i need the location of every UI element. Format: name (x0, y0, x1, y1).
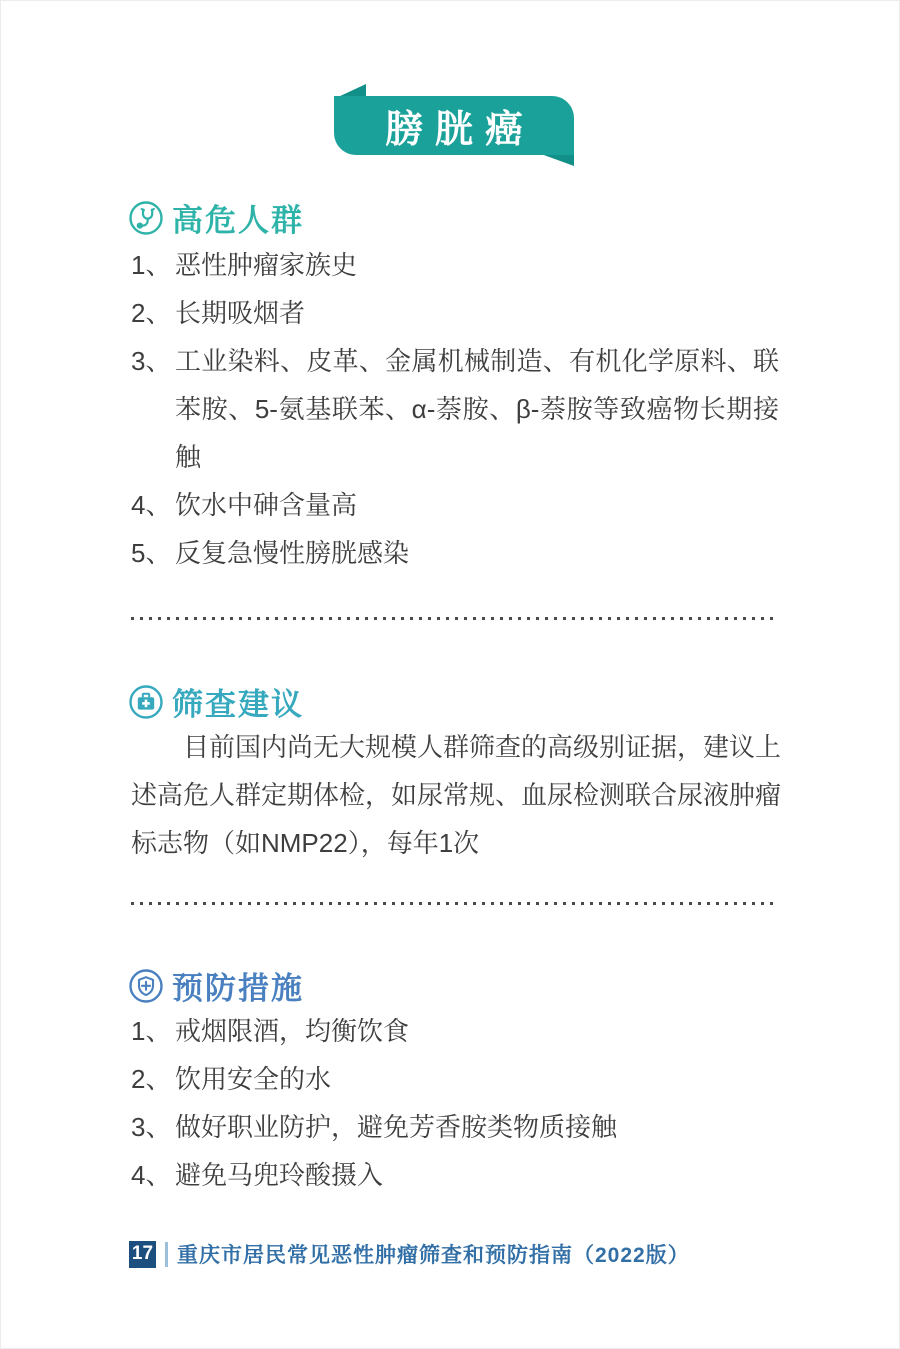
item-number: 3、 (131, 1103, 175, 1151)
item-text: 饮用安全的水 (175, 1055, 779, 1103)
dotted-divider (131, 617, 777, 620)
document-page: 膀胱癌 高危人群 1、 恶性肿瘤家族史 2、 长期吸烟者 3、 工业染料、皮革、… (0, 0, 900, 1349)
list-item: 5、 反复急慢性膀胱感染 (131, 529, 779, 577)
item-number: 2、 (131, 1055, 175, 1103)
medkit-icon (128, 684, 164, 720)
item-text: 反复急慢性膀胱感染 (175, 529, 779, 577)
item-text: 工业染料、皮革、金属机械制造、有机化学原料、联苯胺、5-氨基联苯、α-萘胺、β-… (175, 337, 779, 481)
ribbon-fold-bottom-right (541, 154, 574, 166)
stethoscope-icon (128, 200, 164, 236)
footer-title: 重庆市居民常见恶性肿瘤筛查和预防指南（2022版） (177, 1239, 690, 1269)
section-header-high-risk: 高危人群 (128, 195, 304, 240)
list-item: 3、 做好职业防护，避免芳香胺类物质接触 (131, 1103, 779, 1151)
item-text: 饮水中砷含量高 (175, 481, 779, 529)
list-item: 4、 避免马兜玲酸摄入 (131, 1151, 779, 1199)
list-item: 4、 饮水中砷含量高 (131, 481, 779, 529)
item-number: 1、 (131, 1007, 175, 1055)
list-item: 1、 恶性肿瘤家族史 (131, 241, 779, 289)
item-number: 4、 (131, 1151, 175, 1199)
page-number-badge: 17 (129, 1241, 156, 1268)
page-footer: 17 重庆市居民常见恶性肿瘤筛查和预防指南（2022版） (129, 1239, 690, 1269)
dotted-divider (131, 902, 777, 905)
item-number: 2、 (131, 289, 175, 337)
screening-paragraph: 目前国内尚无大规模人群筛查的高级别证据，建议上述高危人群定期体检，如尿常规、血尿… (131, 723, 781, 867)
list-item: 1、 戒烟限酒，均衡饮食 (131, 1007, 779, 1055)
item-text: 做好职业防护，避免芳香胺类物质接触 (175, 1103, 779, 1151)
item-number: 3、 (131, 337, 175, 481)
section-title: 预防措施 (172, 963, 304, 1008)
section-header-screening: 筛查建议 (128, 679, 304, 724)
item-text: 避免马兜玲酸摄入 (175, 1151, 779, 1199)
item-number: 4、 (131, 481, 175, 529)
high-risk-list: 1、 恶性肿瘤家族史 2、 长期吸烟者 3、 工业染料、皮革、金属机械制造、有机… (131, 241, 779, 577)
section-title: 高危人群 (172, 195, 304, 240)
list-item: 2、 长期吸烟者 (131, 289, 779, 337)
banner-ribbon: 膀胱癌 (334, 84, 574, 166)
page-title: 膀胱癌 (334, 96, 574, 155)
section-header-prevention: 预防措施 (128, 963, 304, 1008)
item-text: 恶性肿瘤家族史 (175, 241, 779, 289)
item-text: 戒烟限酒，均衡饮食 (175, 1007, 779, 1055)
list-item: 3、 工业染料、皮革、金属机械制造、有机化学原料、联苯胺、5-氨基联苯、α-萘胺… (131, 337, 779, 481)
footer-separator (165, 1242, 168, 1267)
list-item: 2、 饮用安全的水 (131, 1055, 779, 1103)
section-title: 筛查建议 (172, 679, 304, 724)
item-text: 长期吸烟者 (175, 289, 779, 337)
item-number: 5、 (131, 529, 175, 577)
prevention-list: 1、 戒烟限酒，均衡饮食 2、 饮用安全的水 3、 做好职业防护，避免芳香胺类物… (131, 1007, 779, 1199)
shield-cross-icon (128, 968, 164, 1004)
item-number: 1、 (131, 241, 175, 289)
